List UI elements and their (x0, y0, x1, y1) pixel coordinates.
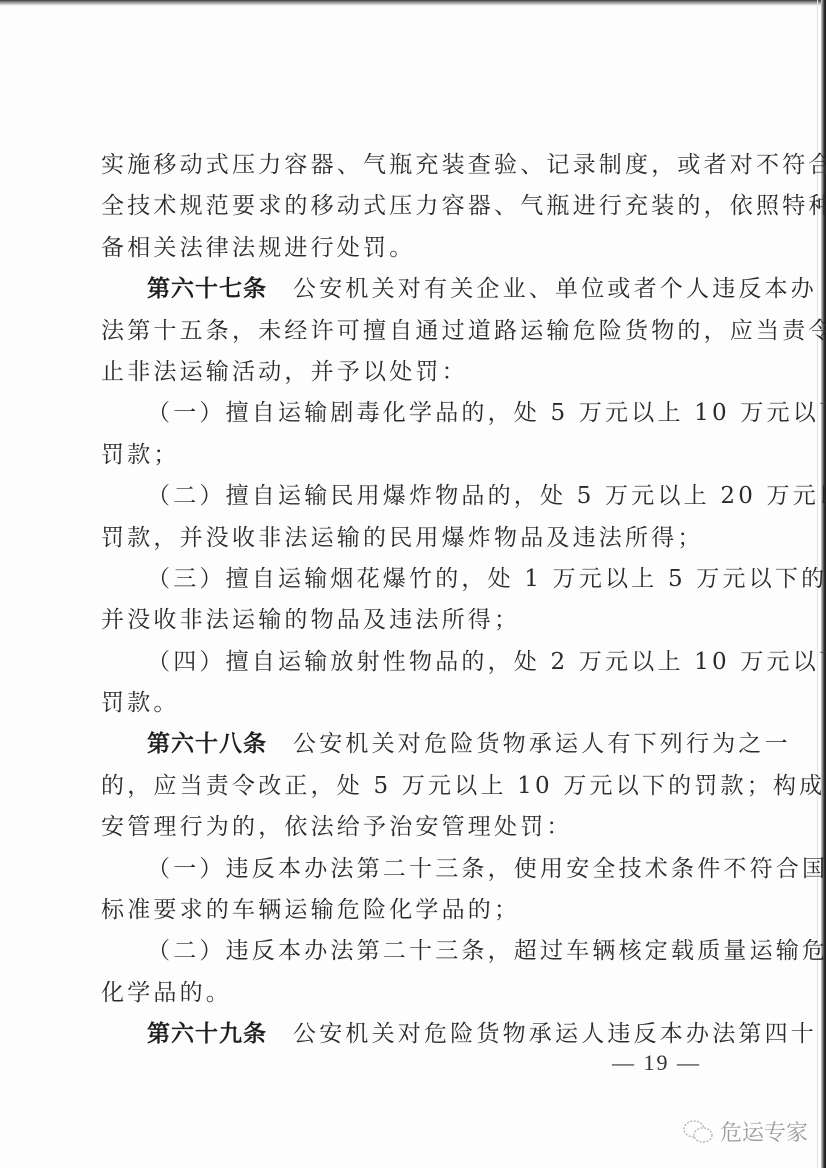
article-heading-line: 第六十八条公安机关对危险货物承运人有下列行为之一 (101, 724, 728, 765)
line-text: 公安机关对危险货物承运人有下列行为之一 (293, 731, 791, 757)
line-text: （一）擅自运输剧毒化学品的，处 5 万元以上 10 万元以下的 (147, 400, 826, 426)
line-text: 法第十五条，未经许可擅自通过道路运输危险货物的，应当责令停 (101, 318, 826, 344)
text-line: 罚款； (101, 435, 728, 476)
list-item-line: （三）擅自运输烟花爆竹的，处 1 万元以上 5 万元以下的罚款， (101, 559, 728, 600)
article-heading-line: 第六十七条公安机关对有关企业、单位或者个人违反本办 (101, 269, 728, 310)
text-line: 法第十五条，未经许可擅自通过道路运输危险货物的，应当责令停 (101, 311, 728, 352)
watermark-text: 危运专家 (720, 1116, 808, 1147)
article-title: 第六十八条 (147, 731, 267, 757)
line-text: 安管理行为的，依法给予治安管理处罚： (101, 814, 573, 840)
scan-top-edge (0, 0, 826, 6)
line-text: （三）擅自运输烟花爆竹的，处 1 万元以上 5 万元以下的罚款， (147, 566, 826, 592)
article-title: 第六十九条 (147, 1021, 267, 1047)
line-text: 标准要求的车辆运输危险化学品的； (101, 897, 520, 923)
text-line: 止非法运输活动，并予以处罚： (101, 352, 728, 393)
watermark: 危运专家 (682, 1116, 808, 1147)
text-line: 标准要求的车辆运输危险化学品的； (101, 890, 728, 931)
article-title: 第六十七条 (147, 276, 267, 302)
list-item-line: （二）擅自运输民用爆炸物品的，处 5 万元以上 20 万元以下的 (101, 476, 728, 517)
line-text: （一）违反本办法第二十三条，使用安全技术条件不符合国家 (147, 856, 826, 882)
text-line: 实施移动式压力容器、气瓶充装查验、记录制度，或者对不符合安 (101, 145, 728, 186)
text-line: 全技术规范要求的移动式压力容器、气瓶进行充装的，依照特种设 (101, 186, 728, 227)
line-text: 罚款； (101, 442, 180, 468)
line-text: （二）擅自运输民用爆炸物品的，处 5 万元以上 20 万元以下的 (147, 483, 826, 509)
line-text: 罚款。 (101, 690, 180, 716)
line-text: 并没收非法运输的物品及违法所得； (101, 607, 520, 633)
document-body: 实施移动式压力容器、气瓶充装查验、记录制度，或者对不符合安 全技术规范要求的移动… (101, 145, 728, 1056)
wechat-icon (682, 1119, 714, 1145)
line-text: 止非法运输活动，并予以处罚： (101, 359, 468, 385)
list-item-line: （二）违反本办法第二十三条，超过车辆核定载质量运输危险 (101, 931, 728, 972)
line-text: （四）擅自运输放射性物品的，处 2 万元以上 10 万元以下的 (147, 649, 826, 675)
line-text: 实施移动式压力容器、气瓶充装查验、记录制度，或者对不符合安 (101, 152, 826, 178)
page-number: — 19 — (612, 1050, 701, 1076)
text-line: 罚款，并没收非法运输的民用爆炸物品及违法所得； (101, 518, 728, 559)
line-text: （二）违反本办法第二十三条，超过车辆核定载质量运输危险 (147, 938, 826, 964)
text-line: 的，应当责令改正，处 5 万元以上 10 万元以下的罚款；构成违反治 (101, 766, 728, 807)
text-line: 罚款。 (101, 683, 728, 724)
line-text: 化学品的。 (101, 980, 232, 1006)
line-text: 公安机关对有关企业、单位或者个人违反本办 (293, 276, 817, 302)
line-text: 罚款，并没收非法运输的民用爆炸物品及违法所得； (101, 525, 704, 551)
text-line: 化学品的。 (101, 973, 728, 1014)
line-text: 公安机关对危险货物承运人违反本办法第四十 (293, 1021, 817, 1047)
line-text: 备相关法律法规进行处罚。 (101, 235, 415, 261)
list-item-line: （一）擅自运输剧毒化学品的，处 5 万元以上 10 万元以下的 (101, 393, 728, 434)
list-item-line: （一）违反本办法第二十三条，使用安全技术条件不符合国家 (101, 849, 728, 890)
line-text: 的，应当责令改正，处 5 万元以上 10 万元以下的罚款；构成违反治 (101, 773, 826, 799)
text-line: 并没收非法运输的物品及违法所得； (101, 600, 728, 641)
line-text: 全技术规范要求的移动式压力容器、气瓶进行充装的，依照特种设 (101, 193, 826, 219)
text-line: 备相关法律法规进行处罚。 (101, 228, 728, 269)
list-item-line: （四）擅自运输放射性物品的，处 2 万元以上 10 万元以下的 (101, 642, 728, 683)
text-line: 安管理行为的，依法给予治安管理处罚： (101, 807, 728, 848)
